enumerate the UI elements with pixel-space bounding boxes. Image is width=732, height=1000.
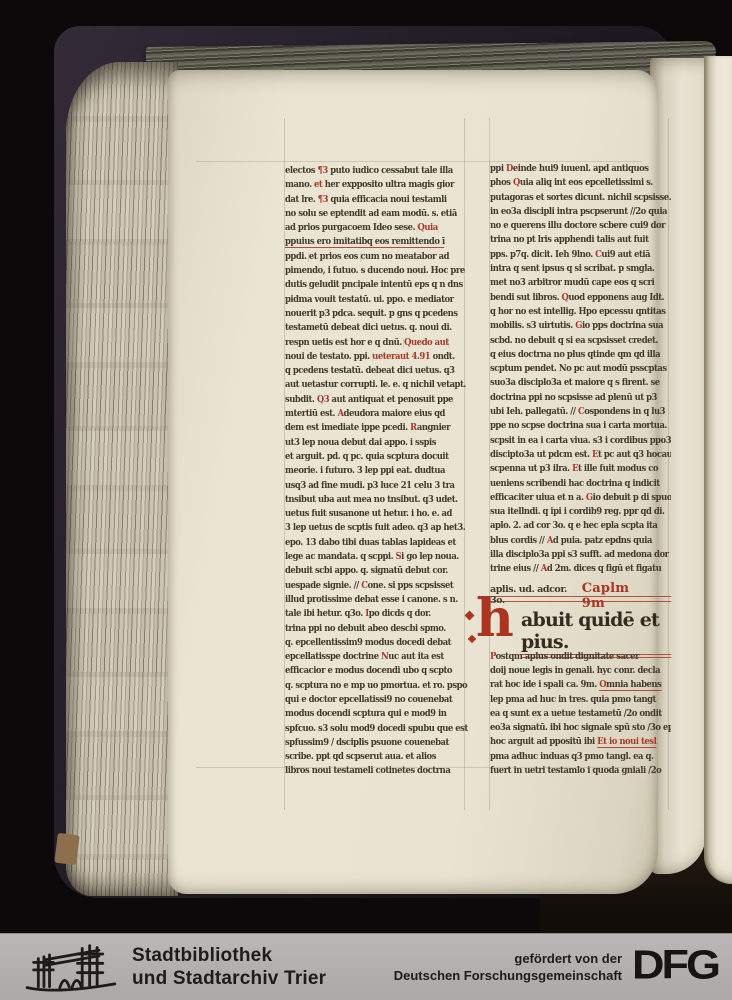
manuscript-text-line: illa disciplo3a ppi s3 sufft. ad medona … [490, 546, 671, 560]
funding-credit-line1: gefördert von der [394, 951, 622, 968]
manuscript-text-line: scbd. no debuit q si ea scpsisset credet… [490, 332, 671, 346]
manuscript-text-line: aplo. 2. ad cor 3o. q e hec epla scpta i… [490, 517, 671, 531]
chapter-opening-line: h abuit quidē et pius. [490, 604, 671, 648]
manuscript-text-line: in eo3a discipli intra pscpserunt //2o q… [490, 203, 671, 217]
manuscript-text-line: trina no pt lris apphendi talis aut fuit [490, 231, 671, 245]
manuscript-text-line: et arguit. pd. q pc. quia scptura docuit [285, 448, 468, 462]
manuscript-text-line: blus cordis // Ad puia. patz epdns quia [490, 532, 671, 546]
manuscript-text-line: sua itellndi. q ipi i cordib9 reg. ppr q… [490, 503, 671, 517]
manuscript-text-line: scptum pendet. No pc aut modū psscptas [490, 360, 671, 374]
manuscript-text-line: epo. 13 dabo tibi duas tablas lapideas e… [285, 534, 468, 548]
manuscript-text-line: q eius doctrna no plus qtinde qm qd illa [490, 346, 671, 360]
manuscript-text-line: nouerit p3 pdca. sequit. p gns q pcedens [285, 305, 468, 319]
left-column-lines: electos ¶3 puto iudico cessabut tale ill… [285, 162, 468, 777]
manuscript-text-line: trine eius // Ad 2m. dices q figū et fig… [490, 560, 671, 574]
manuscript-text-line: fuert in uetri testamlo i quoda gniali /… [490, 762, 671, 776]
manuscript-text-line: spfcuo. s3 solu mod9 docedi spubu que es… [285, 720, 468, 734]
manuscript-text-line: noui de testato. ppi. ueteraut 4.91 ondt… [285, 348, 468, 362]
manuscript-text-line: uetus fuit susanone ut hetur. i ho. e. a… [285, 505, 468, 519]
library-name: Stadtbibliothek und Stadtarchiv Trier [132, 945, 326, 989]
manuscript-text-line: ubi Ieh. pallegatū. // Cospondens in q l… [490, 403, 671, 417]
dfg-logo: DFG [632, 944, 718, 985]
manuscript-page: electos ¶3 puto iudico cessabut tale ill… [168, 70, 658, 894]
manuscript-text-line: lep pma ad huc in tres. quia pmo tangt [490, 691, 671, 705]
manuscript-text-line: epcellatisspe doctrine Nuc aut ita est [285, 648, 468, 662]
manuscript-text-line: no solu se eptendit ad eam modū. s. etiā [285, 205, 468, 219]
manuscript-photo-stage: electos ¶3 puto iudico cessabut tale ill… [0, 0, 732, 1000]
manuscript-text-line: spfussim9 / dsciplis psuone couenebat [285, 734, 468, 748]
right-column-lines-before: ppi Deinde hui9 iuuenl. apd antiquosphos… [490, 160, 671, 575]
manuscript-text-line: illud protissime debat esse i canone. s … [285, 591, 468, 605]
porta-nigra-sketch-icon [24, 940, 118, 996]
manuscript-text-line: ut3 lep noua debut dai appo. i sspis [285, 434, 468, 448]
right-column-lines-after: Postqm aplus ondit dignitate sacerdoij n… [490, 648, 671, 777]
manuscript-text-line: intra q sent ipsus q si scribat. p smgla… [490, 260, 671, 274]
drop-cap-initial: h [476, 596, 514, 643]
manuscript-text-line: discipto3a ut pdcm est. Et pc aut q3 hoc… [490, 446, 671, 460]
manuscript-text-line: subdit. Q3 aut antiquat et penosuit ppe [285, 391, 468, 405]
left-text-column: electos ¶3 puto iudico cessabut tale ill… [285, 162, 468, 777]
manuscript-text-line: rat hoc ide i spali ca. 9m. Omnia habens [490, 676, 671, 690]
manuscript-text-line: eo3a signatū. ibi hoc signale spū sto /3… [490, 719, 671, 733]
manuscript-text-line: pps. p7q. dicit. Ieh 9lno. Cui9 aut etiā [490, 246, 671, 260]
manuscript-text-line: trina ppi no debuit abeo descbi spmo. [285, 620, 468, 634]
manuscript-text-line: ad prios purgacoem Ideo sese. Quia [285, 219, 468, 233]
manuscript-text-line: libros noui testameli cotinetes doctrna [285, 762, 468, 776]
funding-credit: gefördert von der Deutschen Forschungsge… [394, 951, 622, 985]
right-text-column: ppi Deinde hui9 iuuenl. apd antiquosphos… [490, 160, 671, 776]
binding-wedge [54, 833, 79, 865]
manuscript-text-line: tale ibi hetur. q3o. Ipo dicds q dor. [285, 605, 468, 619]
manuscript-text-line: suo3a disciplo3a et maiore q s firent. s… [490, 374, 671, 388]
manuscript-text-line: scribe. ppt qd scpserut aua. et alios [285, 748, 468, 762]
library-name-line1: Stadtbibliothek [132, 945, 326, 967]
manuscript-text-line: doij noue legis in genali. hyc conr. dec… [490, 662, 671, 676]
manuscript-text-line: efficacior e modus docendi ubo q scpto [285, 662, 468, 676]
facing-page-edge-outer [704, 56, 732, 884]
manuscript-text-line: electos ¶3 puto iudico cessabut tale ill… [285, 162, 468, 176]
manuscript-text-line: pimendo, i futuo. s ducendo noui. Hoc pr… [285, 262, 468, 276]
funding-credit-line2: Deutschen Forschungsgemeinschaft [394, 968, 622, 985]
manuscript-text-line: putagoras et sortes dicunt. nichil scpsi… [490, 189, 671, 203]
chapter-rubric: aplis. ud. adcor. 3o. Caplm 9m [490, 581, 671, 596]
manuscript-text-line: mano. et her expposito ultra magis gior [285, 176, 468, 190]
library-name-line2: und Stadtarchiv Trier [132, 968, 326, 990]
manuscript-text-line: q. epcellentissim9 modus docedi debat [285, 634, 468, 648]
manuscript-text-line: ppi Deinde hui9 iuuenl. apd antiquos [490, 160, 671, 174]
manuscript-text-line: efficaciter uiua et n a. Gio debuit p di… [490, 489, 671, 503]
manuscript-text-line: q. scptura no e mp uo pmortua. et ro. ps… [285, 677, 468, 691]
manuscript-text-line: dutis geludit pncipale intentū eps q n d… [285, 276, 468, 290]
manuscript-text-line: no e querens illu doctore scbere cui9 do… [490, 217, 671, 231]
manuscript-text-line: uespade signie. // Cone. si pps scpsisse… [285, 577, 468, 591]
manuscript-text-line: mtertiū est. Adeudora maiore eius qd [285, 405, 468, 419]
manuscript-text-line: hoc arguit ad ppositū ibi Et io noui tes… [490, 733, 671, 747]
manuscript-text-line: pidma vouit testatū. ui. ppo. e mediator [285, 291, 468, 305]
manuscript-text-line: q pcedens testatū. debeat dici uetus. q3 [285, 362, 468, 376]
manuscript-text-line: debuit scbi appo. q. signatū debut cor. [285, 562, 468, 576]
manuscript-text-line: q hor no est intellig. Hpo epcessu qntit… [490, 303, 671, 317]
manuscript-text-line: ea q sunt ex a uetue testametū /2o ondit [490, 705, 671, 719]
manuscript-text-line: usq3 ad fine mudi. p3 luce 21 celu 3 tra [285, 477, 468, 491]
manuscript-text-line: pma adhuc induas q3 pmo tangl. ea q. [490, 748, 671, 762]
manuscript-text-line: doctrina ppi no scpsisse ad plenū ut p3 [490, 389, 671, 403]
manuscript-text-line: ppe no scpse doctrina sua i carta mortua… [490, 417, 671, 431]
manuscript-text-line: aut uetastur corrupti. le. e. q nichil v… [285, 376, 468, 390]
manuscript-text-line: meorie. i futuro. 3 lep ppi eat. dudtua [285, 462, 468, 476]
manuscript-text-line: ppdi. et prios eos cum no meatabor ad [285, 248, 468, 262]
manuscript-text-line: bendi sut libros. Quod epponens aug Idt. [490, 289, 671, 303]
manuscript-text-line: met no3 arbitror mudū cape eos q scri [490, 274, 671, 288]
manuscript-text-line: dat lre. ¶3 quia efficacia noui testamli [285, 191, 468, 205]
manuscript-text-line: dem est imediate ippe pcedi. Rangnier [285, 419, 468, 433]
manuscript-text-line: modus docendi scptura qui e mod9 in [285, 705, 468, 719]
digitization-credit-banner: Stadtbibliothek und Stadtarchiv Trier ge… [0, 933, 732, 1000]
manuscript-text-line: tnsibut uba aut mea no tnsibut. q3 udet. [285, 491, 468, 505]
manuscript-text-line: phos Quia aliq int eos epcelletissimi s. [490, 174, 671, 188]
manuscript-text-line: testametū debeat dici uetus. q. noui di. [285, 319, 468, 333]
manuscript-text-line: scpsit in ea i carta viua. s3 i cordibus… [490, 432, 671, 446]
manuscript-text-line: qui e doctor epcellatissi9 no couenebat [285, 691, 468, 705]
manuscript-text-line: ueniens scribendi hac doctrina q indicit [490, 475, 671, 489]
manuscript-text-line: ppuius ero imitatibq eos remittendo ī [285, 233, 468, 247]
manuscript-text-line: scpenna ut p3 ilra. Et ille fuit modus c… [490, 460, 671, 474]
manuscript-text-line: 3 lep uetus de scptis fuit adeo. q3 ap h… [285, 519, 468, 533]
page-fore-edge-stack [66, 62, 178, 896]
manuscript-text-line: respn uetis est hor e q dnū. Quedo aut [285, 334, 468, 348]
manuscript-text-line: lege ac mandata. q scppi. Si go lep noua… [285, 548, 468, 562]
manuscript-text-line: mobilis. s3 uirtutis. Gio pps doctrina s… [490, 317, 671, 331]
